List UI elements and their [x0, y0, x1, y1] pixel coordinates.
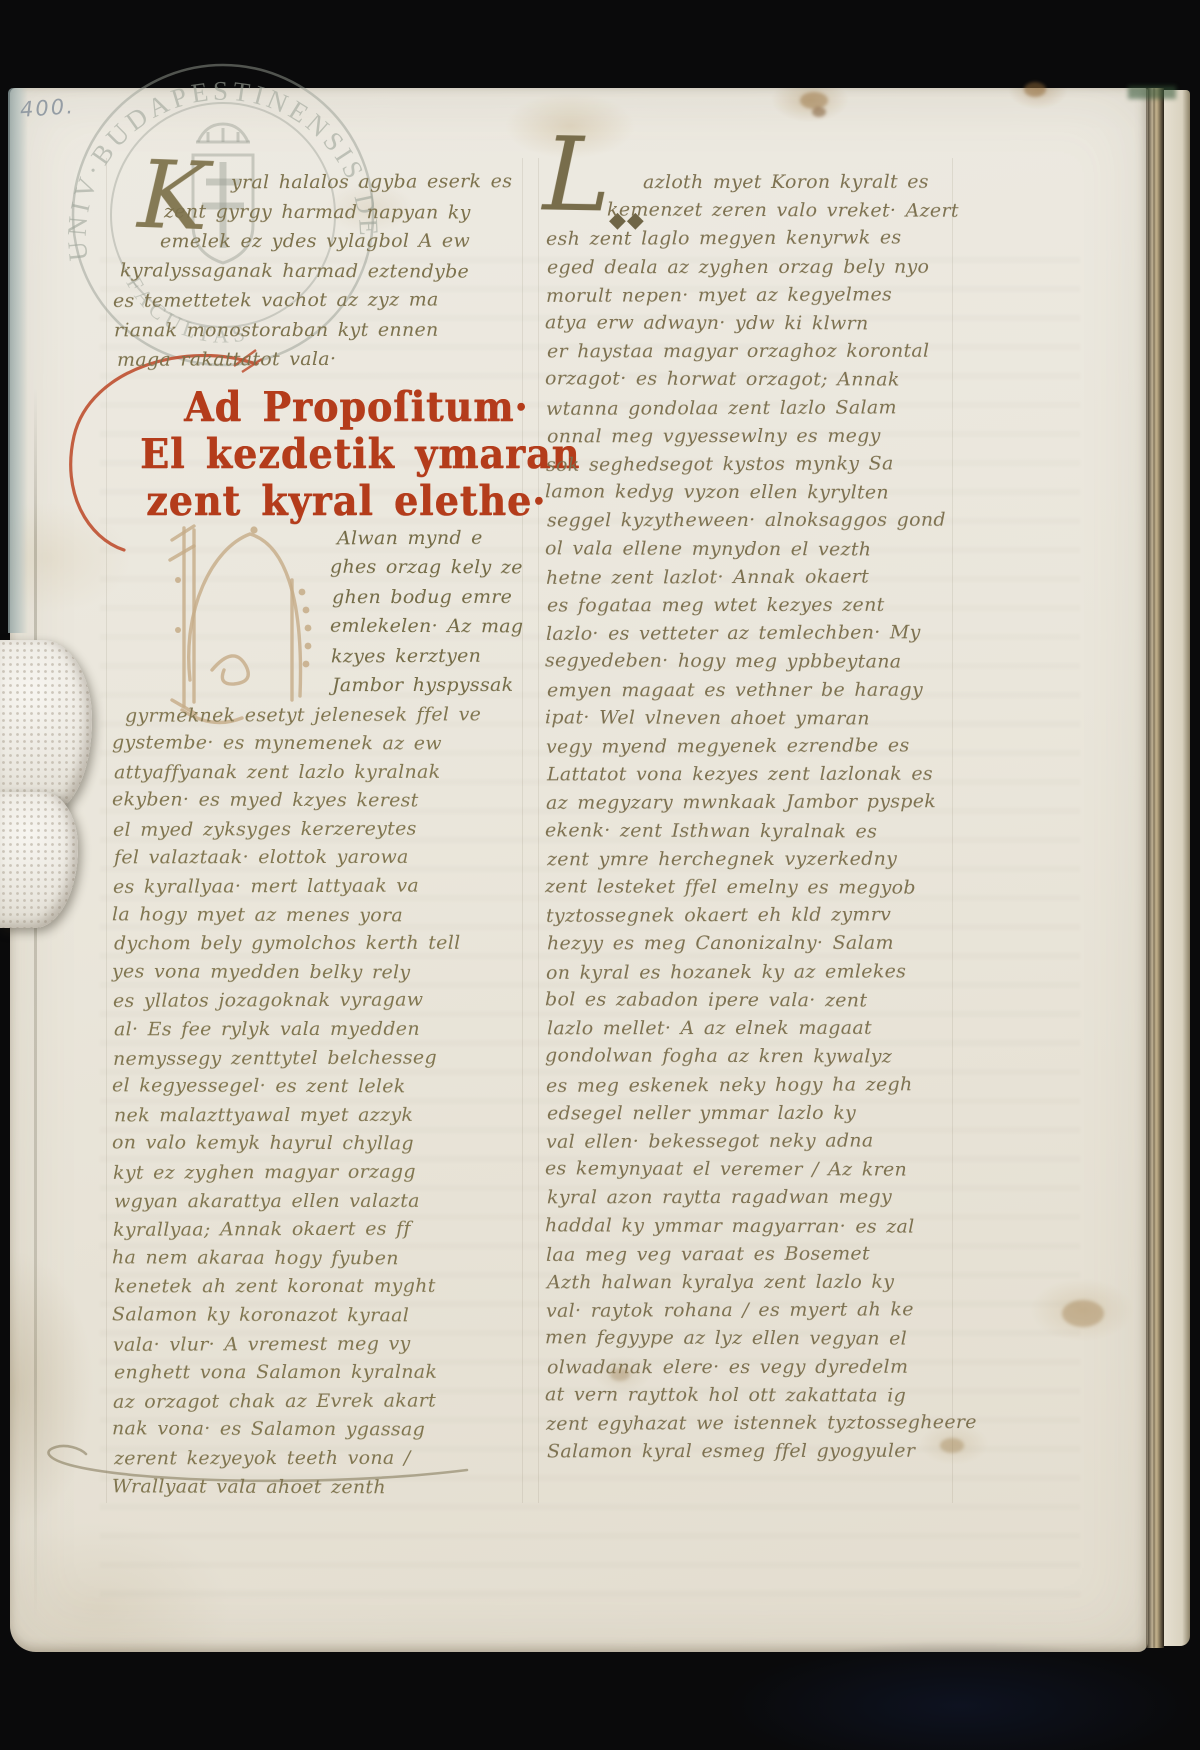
manuscript-line: onnal meg vgyessewlny es megy [547, 421, 951, 450]
manuscript-line: morult nepen· myet az kegyelmes [546, 280, 950, 310]
manuscript-line: azloth myet Koron kyralt es [547, 168, 951, 197]
manuscript-line: lazlo· es vetteter az temlechben· My [546, 618, 950, 648]
manuscript-line: ipat· Wel vlneven ahoet ymaran [545, 703, 949, 733]
manuscript-line: kemenzet zeren valo vreket· Azert [545, 195, 949, 225]
manuscript-line: hetne zent lazlot· Annak okaert [546, 562, 950, 592]
fox-spot [1062, 1300, 1104, 1327]
manuscript-line: zent gyrgy harmad napyan ky [112, 197, 514, 228]
manuscript-line: Alwan mynd e [331, 523, 515, 553]
manuscript-line: el kegyessegel· es zent lelek [112, 1072, 514, 1102]
next-page-edge [1164, 90, 1190, 1646]
right-column: L ◆◆ azloth myet Koron kyralt eskemenzet… [545, 168, 949, 1465]
left-column: K yral halalos agyba eserk eszent gyrgy … [112, 168, 514, 1501]
manuscript-line: gyrmeknek esetyt jelenesek ffel ve [113, 700, 515, 730]
manuscript-line: yes vona myedden belky rely [112, 957, 514, 987]
seam-top-tint [1128, 86, 1176, 99]
manuscript-line: kyt ez zyghen magyar orzagg [113, 1157, 515, 1187]
manuscript-line: es temettetek vachot az zyz ma [113, 285, 515, 316]
manuscript-line: wtanna gondolaa zent lazlo Salam [546, 393, 950, 423]
manuscript-line: zent egyhazat we istennek tyztossegheere [546, 1408, 950, 1438]
manuscript-line: kyral azon raytta ragadwan megy [547, 1183, 951, 1212]
manuscript-line: orzagot· es horwat orzagot; Annak [545, 365, 949, 395]
manuscript-line: ekyben· es myed kzyes kerest [112, 786, 514, 816]
manuscript-line: Jambor hyspyssak [332, 671, 516, 701]
manuscript-line: tyztossegnek okaert eh kld zymrv [546, 900, 950, 930]
bottom-swash-flourish [22, 1440, 492, 1490]
manuscript-line: enghett vona Salamon kyralnak [114, 1358, 516, 1387]
left-narrow-block: Alwan mynd eghes orzag kely zeghen bodug… [330, 524, 514, 701]
gloved-thumb [0, 640, 92, 812]
manuscript-line: seggel kyzytheween· alnoksaggos gond [547, 506, 951, 535]
manuscript-line: bol es zabadon ipere vala· zent [545, 985, 949, 1015]
manuscript-line: ha nem akaraa hogy fyuben [112, 1243, 514, 1273]
manuscript-line: ol vala ellene mynydon el vezth [545, 534, 949, 564]
manuscript-line: esh zent laglo megyen kenyrwk es [546, 224, 950, 254]
fox-spot [800, 92, 828, 109]
fox-spot [940, 1438, 964, 1453]
manuscript-line: men fegyype az lyz ellen vegyan el [545, 1324, 949, 1354]
ruling-line [952, 158, 953, 1503]
manuscript-line: olwadanak elere· es vegy dyredelm [547, 1352, 951, 1381]
fox-spot [610, 1368, 630, 1381]
manuscript-line: on kyral es hozanek ky az emlekes [546, 957, 950, 987]
manuscript-line: haddal ky ymmar magyarran· es zal [545, 1211, 949, 1241]
manuscript-line: ghen bodug emre [332, 582, 516, 612]
manuscript-line: gystembe· es mynemenek az ew [112, 728, 514, 758]
manuscript-line: zent ymre herchegnek vyzerkedny [547, 845, 951, 874]
manuscript-line: vala· vlur· A vremest meg vy [113, 1329, 515, 1359]
manuscript-line: attyaffyanak zent lazlo kyralnak [114, 757, 516, 786]
manuscript-line: edsegel neller ymmar lazlo ky [547, 1098, 951, 1127]
stamp-crown [196, 124, 250, 142]
manuscript-line: kzyes kerztyen [331, 641, 515, 671]
manuscript-line: es kemynyaat el veremer / Az kren [545, 1154, 949, 1184]
manuscript-line: wgyan akarattya ellen valazta [114, 1186, 516, 1215]
binding-seam [1146, 88, 1164, 1648]
manuscript-line: Salamon ky koronazot kyraal [112, 1300, 514, 1330]
manuscript-line: es meg eskenek neky hogy ha zegh [546, 1070, 950, 1100]
manuscript-line: eged deala az zyghen orzag bely nyo [547, 252, 951, 281]
manuscript-line: er haystaa magyar orzaghoz korontal [547, 337, 951, 366]
manuscript-line: segyedeben· hogy meg ypbbeytana [545, 647, 949, 677]
ruling-line [538, 158, 539, 1503]
manuscript-line: kenetek ah zent koronat myght [114, 1272, 516, 1301]
rubric-line: Ad Propoſitum· [140, 381, 514, 432]
manuscript-line: emelek ez ydes vylagbol A ew [114, 227, 516, 257]
manuscript-line: az megyzary mwnkaak Jambor pyspek [546, 788, 950, 818]
manuscript-line: la hogy myet az menes yora [112, 900, 514, 930]
manuscript-line: gondolwan fogha az kren kywalyz [545, 1042, 949, 1072]
manuscript-line: es fogataa meg wtet kezyes zent [547, 591, 951, 620]
manuscript-line: lazlo mellet· A az elnek magaat [547, 1014, 951, 1043]
manuscript-line: kyrallyaa; Annak okaert es ff [113, 1214, 515, 1244]
manuscript-line: sok seghedsegot kystos mynky Sa [546, 449, 950, 479]
left-body-block: gyrmeknek esetyt jelenesek ffel vegystem… [112, 701, 514, 1502]
manuscript-line: val· raytok rohana / es myert ah ke [546, 1295, 950, 1325]
rubric-heading: Ad Propoſitum·El kezdetik ymaranzent kyr… [140, 383, 514, 524]
rubric-line: El kezdetik ymaran [140, 428, 514, 479]
manuscript-line: ekenk· zent Isthwan kyralnak es [545, 816, 949, 846]
manuscript-line: rianak monostoraban kyt ennen [114, 315, 516, 345]
manuscript-line: emyen magaat es vethner be haragy [547, 675, 951, 704]
manuscript-line: Salamon kyral esmeg ffel gyogyuler [547, 1437, 951, 1466]
manuscript-line: lamon kedyg vyzon ellen kyrylten [545, 478, 949, 508]
manuscript-line: emlekelen· Az mag [330, 612, 514, 642]
folio-number: 400. [19, 94, 75, 122]
manuscript-line: on valo kemyk hayrul chyllag [112, 1129, 514, 1159]
fox-spot [1024, 82, 1046, 97]
manuscript-line: al· Es fee rylyk vala myedden [114, 1015, 516, 1044]
manuscript-line: laa meg veg varaat es Bosemet [546, 1239, 950, 1269]
manuscript-line: fel valaztaak· elottok yarowa [114, 843, 516, 872]
manuscript-line: Azth halwan kyralya zent lazlo ky [547, 1268, 951, 1297]
manuscript-line: val ellen· bekessegot neky adna [546, 1126, 950, 1156]
manuscript-line: kyralyssaganak harmad eztendybe [112, 256, 514, 287]
rubric-line: zent kyral elethe· [140, 475, 514, 526]
manuscript-line: dychom bely gymolchos kerth tell [114, 929, 516, 958]
manuscript-line: yral halalos agyba eserk es [113, 167, 515, 198]
underlying-page-edge [8, 88, 28, 633]
fox-spot [812, 107, 826, 117]
manuscript-line: es kyrallyaa· mert lattyaak va [113, 871, 515, 901]
manuscript-line: ghes orzag kely ze [330, 553, 514, 583]
manuscript-line: az orzagot chak az Evrek akart [113, 1386, 515, 1416]
ruling-line [522, 158, 523, 1503]
left-block1: yral halalos agyba eserk eszent gyrgy ha… [112, 168, 514, 375]
manuscript-line: Lattatot vona kezyes zent lazlonak es [547, 760, 951, 789]
manuscript-line: maga rakattatot vala· [113, 344, 515, 375]
manuscript-line: vegy myend megyenek ezrendbe es [546, 731, 950, 761]
manuscript-line: nek malazttyawal myet azzyk [114, 1100, 516, 1129]
manuscript-photo: UNIV·BUDAPESTINENSIS·DE·SC FACULTAS 400. [0, 0, 1200, 1750]
manuscript-line: nemyssegy zenttytel belchesseg [113, 1043, 515, 1073]
manuscript-line: at vern rayttok hol ott zakattata ig [545, 1380, 949, 1410]
manuscript-line: es yllatos jozagoknak vyragaw [113, 986, 515, 1016]
manuscript-line: hezyy es meg Canonizalny· Salam [547, 929, 951, 958]
manuscript-line: zent lesteket ffel emelny es megyob [545, 872, 949, 902]
manuscript-line: atya erw adwayn· ydw ki klwrn [545, 308, 949, 338]
manuscript-line: el myed zyksyges kerzereytes [113, 814, 515, 844]
